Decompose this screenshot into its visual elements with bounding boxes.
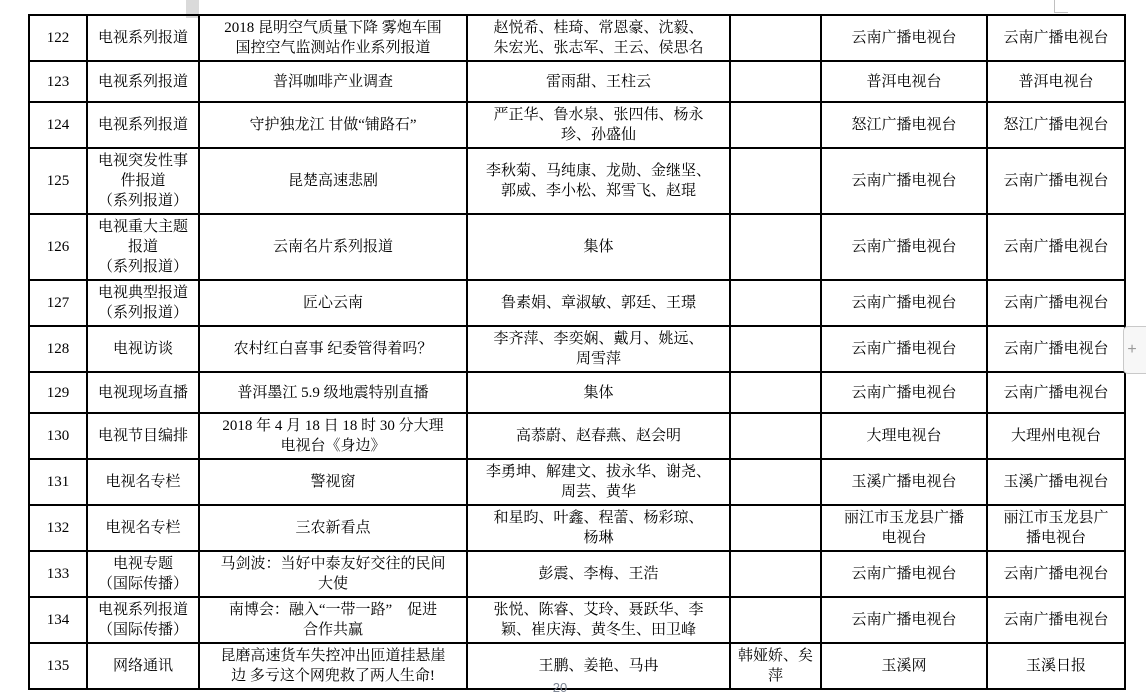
cell-station: 云南广播电视台 (821, 280, 987, 326)
cell-title: 马剑波：当好中泰友好交往的民间 大使 (199, 551, 467, 597)
cell-station: 怒江广播电视台 (821, 102, 987, 148)
cell-title: 三农新看点 (199, 505, 467, 551)
cell-category: 电视典型报道 （系列报道） (87, 280, 199, 326)
cell-extra-creators (730, 15, 821, 61)
cell-outlet: 云南广播电视台 (987, 280, 1125, 326)
awards-table: 122 电视系列报道 2018 昆明空气质量下降 雾炮车围 国控空气监测站作业系… (28, 14, 1126, 690)
cell-extra-creators (730, 326, 821, 372)
cell-category: 电视现场直播 (87, 372, 199, 413)
cell-outlet: 云南广播电视台 (987, 15, 1125, 61)
cell-title: 匠心云南 (199, 280, 467, 326)
cell-row-number: 126 (29, 214, 87, 280)
cell-station: 云南广播电视台 (821, 214, 987, 280)
cell-title: 昆楚高速悲剧 (199, 148, 467, 214)
cell-category: 电视访谈 (87, 326, 199, 372)
cell-title: 守护独龙江 甘做“铺路石” (199, 102, 467, 148)
cell-creators: 严正华、鲁水泉、张四伟、杨永 珍、孙盛仙 (467, 102, 730, 148)
table-row: 125 电视突发性事 件报道 （系列报道） 昆楚高速悲剧 李秋菊、马纯康、龙勋、… (29, 148, 1125, 214)
cell-outlet: 云南广播电视台 (987, 551, 1125, 597)
cell-title: 普洱墨江 5.9 级地震特别直播 (199, 372, 467, 413)
cell-category: 电视系列报道 (87, 15, 199, 61)
cell-title: 普洱咖啡产业调查 (199, 61, 467, 102)
cell-station: 云南广播电视台 (821, 148, 987, 214)
cell-row-number: 129 (29, 372, 87, 413)
cell-outlet: 普洱电视台 (987, 61, 1125, 102)
cell-row-number: 127 (29, 280, 87, 326)
cell-extra-creators (730, 280, 821, 326)
cell-category: 电视系列报道 (87, 102, 199, 148)
page-number: 20 (0, 680, 1120, 695)
cell-outlet: 云南广播电视台 (987, 372, 1125, 413)
cell-outlet: 云南广播电视台 (987, 597, 1125, 643)
corner-mark-horizontal (1054, 12, 1068, 13)
cell-extra-creators (730, 372, 821, 413)
cell-row-number: 134 (29, 597, 87, 643)
cell-category: 电视名专栏 (87, 505, 199, 551)
cell-creators: 彭震、李梅、王浩 (467, 551, 730, 597)
cell-category: 电视系列报道 （国际传播） (87, 597, 199, 643)
cell-outlet: 丽江市玉龙县广 播电视台 (987, 505, 1125, 551)
cell-outlet: 云南广播电视台 (987, 214, 1125, 280)
cell-row-number: 122 (29, 15, 87, 61)
table-row: 130 电视节目编排 2018 年 4 月 18 日 18 时 30 分大理 电… (29, 413, 1125, 459)
cell-extra-creators (730, 551, 821, 597)
cell-title: 2018 年 4 月 18 日 18 时 30 分大理 电视台《身边》 (199, 413, 467, 459)
cell-row-number: 125 (29, 148, 87, 214)
cell-station: 丽江市玉龙县广播 电视台 (821, 505, 987, 551)
cell-category: 电视专题 （国际传播） (87, 551, 199, 597)
cell-station: 云南广播电视台 (821, 551, 987, 597)
cell-extra-creators (730, 505, 821, 551)
cell-extra-creators (730, 214, 821, 280)
cell-category: 电视系列报道 (87, 61, 199, 102)
table-row: 132 电视名专栏 三农新看点 和星昀、叶鑫、程蕾、杨彩琼、 杨琳 丽江市玉龙县… (29, 505, 1125, 551)
table-row: 133 电视专题 （国际传播） 马剑波：当好中泰友好交往的民间 大使 彭震、李梅… (29, 551, 1125, 597)
cell-creators: 高菾蔚、赵春燕、赵会明 (467, 413, 730, 459)
cell-category: 电视名专栏 (87, 459, 199, 505)
cell-category: 电视突发性事 件报道 （系列报道） (87, 148, 199, 214)
table-row: 128 电视访谈 农村红白喜事 纪委管得着吗？ 李齐萍、李奕娴、戴月、姚远、 周… (29, 326, 1125, 372)
cell-title: 警视窗 (199, 459, 467, 505)
cell-outlet: 云南广播电视台 (987, 148, 1125, 214)
cell-creators: 集体 (467, 214, 730, 280)
cell-extra-creators (730, 413, 821, 459)
cell-station: 大理电视台 (821, 413, 987, 459)
cell-title: 南博会：融入“一带一路” 促进 合作共赢 (199, 597, 467, 643)
cell-row-number: 123 (29, 61, 87, 102)
cell-category: 电视重大主题 报道 （系列报道） (87, 214, 199, 280)
cell-station: 云南广播电视台 (821, 326, 987, 372)
cell-creators: 张悦、陈睿、艾玲、聂跃华、李 颖、崔庆海、黄冬生、田卫峰 (467, 597, 730, 643)
cell-extra-creators (730, 148, 821, 214)
cell-creators: 和星昀、叶鑫、程蕾、杨彩琼、 杨琳 (467, 505, 730, 551)
cell-extra-creators (730, 102, 821, 148)
table-row: 129 电视现场直播 普洱墨江 5.9 级地震特别直播 集体 云南广播电视台 云… (29, 372, 1125, 413)
cell-creators: 鲁素娟、章淑敏、郭廷、王璟 (467, 280, 730, 326)
cell-category: 电视节目编排 (87, 413, 199, 459)
document-page: 122 电视系列报道 2018 昆明空气质量下降 雾炮车围 国控空气监测站作业系… (0, 0, 1146, 699)
cell-creators: 李齐萍、李奕娴、戴月、姚远、 周雪萍 (467, 326, 730, 372)
cell-outlet: 怒江广播电视台 (987, 102, 1125, 148)
cell-title: 农村红白喜事 纪委管得着吗？ (199, 326, 467, 372)
cell-station: 玉溪广播电视台 (821, 459, 987, 505)
cell-creators: 雷雨甜、王柱云 (467, 61, 730, 102)
table-row: 123 电视系列报道 普洱咖啡产业调查 雷雨甜、王柱云 普洱电视台 普洱电视台 (29, 61, 1125, 102)
cell-station: 普洱电视台 (821, 61, 987, 102)
cell-row-number: 133 (29, 551, 87, 597)
cell-creators: 李勇坤、解建文、拔永华、谢尧、 周芸、黄华 (467, 459, 730, 505)
cell-row-number: 130 (29, 413, 87, 459)
cell-station: 云南广播电视台 (821, 15, 987, 61)
table-row: 126 电视重大主题 报道 （系列报道） 云南名片系列报道 集体 云南广播电视台… (29, 214, 1125, 280)
table-row: 124 电视系列报道 守护独龙江 甘做“铺路石” 严正华、鲁水泉、张四伟、杨永 … (29, 102, 1125, 148)
cell-creators: 赵悦希、桂琦、常恩豪、沈毅、 朱宏光、张志军、王云、侯思名 (467, 15, 730, 61)
cell-title: 云南名片系列报道 (199, 214, 467, 280)
table-row: 134 电视系列报道 （国际传播） 南博会：融入“一带一路” 促进 合作共赢 张… (29, 597, 1125, 643)
cell-extra-creators (730, 459, 821, 505)
cell-row-number: 131 (29, 459, 87, 505)
cell-station: 云南广播电视台 (821, 597, 987, 643)
cell-extra-creators (730, 597, 821, 643)
cell-outlet: 大理州电视台 (987, 413, 1125, 459)
cell-row-number: 124 (29, 102, 87, 148)
cell-title: 2018 昆明空气质量下降 雾炮车围 国控空气监测站作业系列报道 (199, 15, 467, 61)
cell-outlet: 云南广播电视台 (987, 326, 1125, 372)
cell-station: 云南广播电视台 (821, 372, 987, 413)
cell-row-number: 132 (29, 505, 87, 551)
cell-creators: 李秋菊、马纯康、龙勋、金继坚、 郭威、李小松、郑雪飞、赵琨 (467, 148, 730, 214)
cell-outlet: 玉溪广播电视台 (987, 459, 1125, 505)
cell-creators: 集体 (467, 372, 730, 413)
cell-row-number: 128 (29, 326, 87, 372)
expand-button[interactable]: + (1123, 326, 1146, 374)
cell-extra-creators (730, 61, 821, 102)
table-row: 131 电视名专栏 警视窗 李勇坤、解建文、拔永华、谢尧、 周芸、黄华 玉溪广播… (29, 459, 1125, 505)
table-row: 127 电视典型报道 （系列报道） 匠心云南 鲁素娟、章淑敏、郭廷、王璟 云南广… (29, 280, 1125, 326)
table-row: 122 电视系列报道 2018 昆明空气质量下降 雾炮车围 国控空气监测站作业系… (29, 15, 1125, 61)
